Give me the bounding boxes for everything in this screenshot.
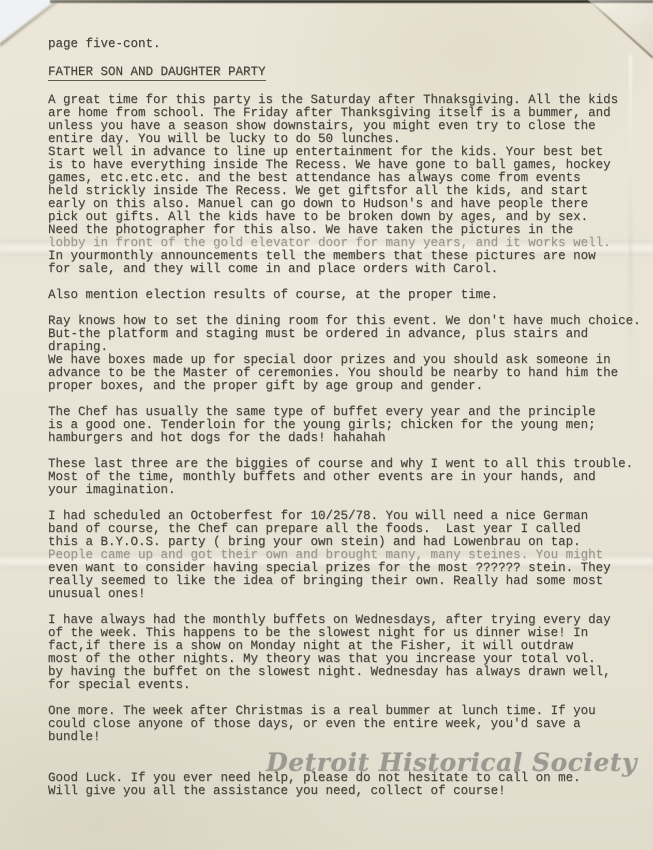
text-line: Also mention election results of course,… (48, 289, 650, 302)
text-line: for sale, and they will come in and plac… (48, 263, 650, 276)
document-heading-text: FATHER SON AND DAUGHTER PARTY (48, 66, 266, 81)
text-line: bundle! (48, 731, 650, 744)
paragraph: I had scheduled an Octoberfest for 10/25… (48, 510, 650, 601)
text-line: People came up and got their own and bro… (48, 549, 650, 562)
text-line: lobby in front of the gold elevator door… (48, 237, 650, 250)
scan-edge (50, 0, 653, 3)
text-line: Will give you all the assistance you nee… (48, 785, 650, 798)
text-line: your imagination. (48, 484, 650, 497)
paragraph: The Chef has usually the same type of bu… (48, 406, 650, 445)
paragraph: These last three are the biggies of cour… (48, 458, 650, 497)
watermark: Detroit Historical Society (266, 748, 637, 777)
text-line: for special events. (48, 679, 650, 692)
text-line: proper boxes, and the proper gift by age… (48, 380, 650, 393)
document-content: page five-cont. FATHER SON AND DAUGHTER … (48, 38, 650, 811)
scanned-page: page five-cont. FATHER SON AND DAUGHTER … (0, 0, 653, 850)
paragraph: Also mention election results of course,… (48, 289, 650, 302)
text-line: could close anyone of those days, or eve… (48, 718, 650, 731)
document-body: A great time for this party is the Satur… (48, 94, 650, 798)
page-label: page five-cont. (48, 38, 650, 51)
document-heading: FATHER SON AND DAUGHTER PARTY (48, 66, 650, 81)
paragraph: I have always had the monthly buffets on… (48, 614, 650, 692)
paragraph: One more. The week after Christmas is a … (48, 705, 650, 744)
text-line: But-the platform and staging must be ord… (48, 328, 650, 341)
text-line: hamburgers and hot dogs for the dads! ha… (48, 432, 650, 445)
text-line: unusual ones! (48, 588, 650, 601)
paragraph: Ray knows how to set the dining room for… (48, 315, 650, 393)
paragraph: A great time for this party is the Satur… (48, 94, 650, 276)
